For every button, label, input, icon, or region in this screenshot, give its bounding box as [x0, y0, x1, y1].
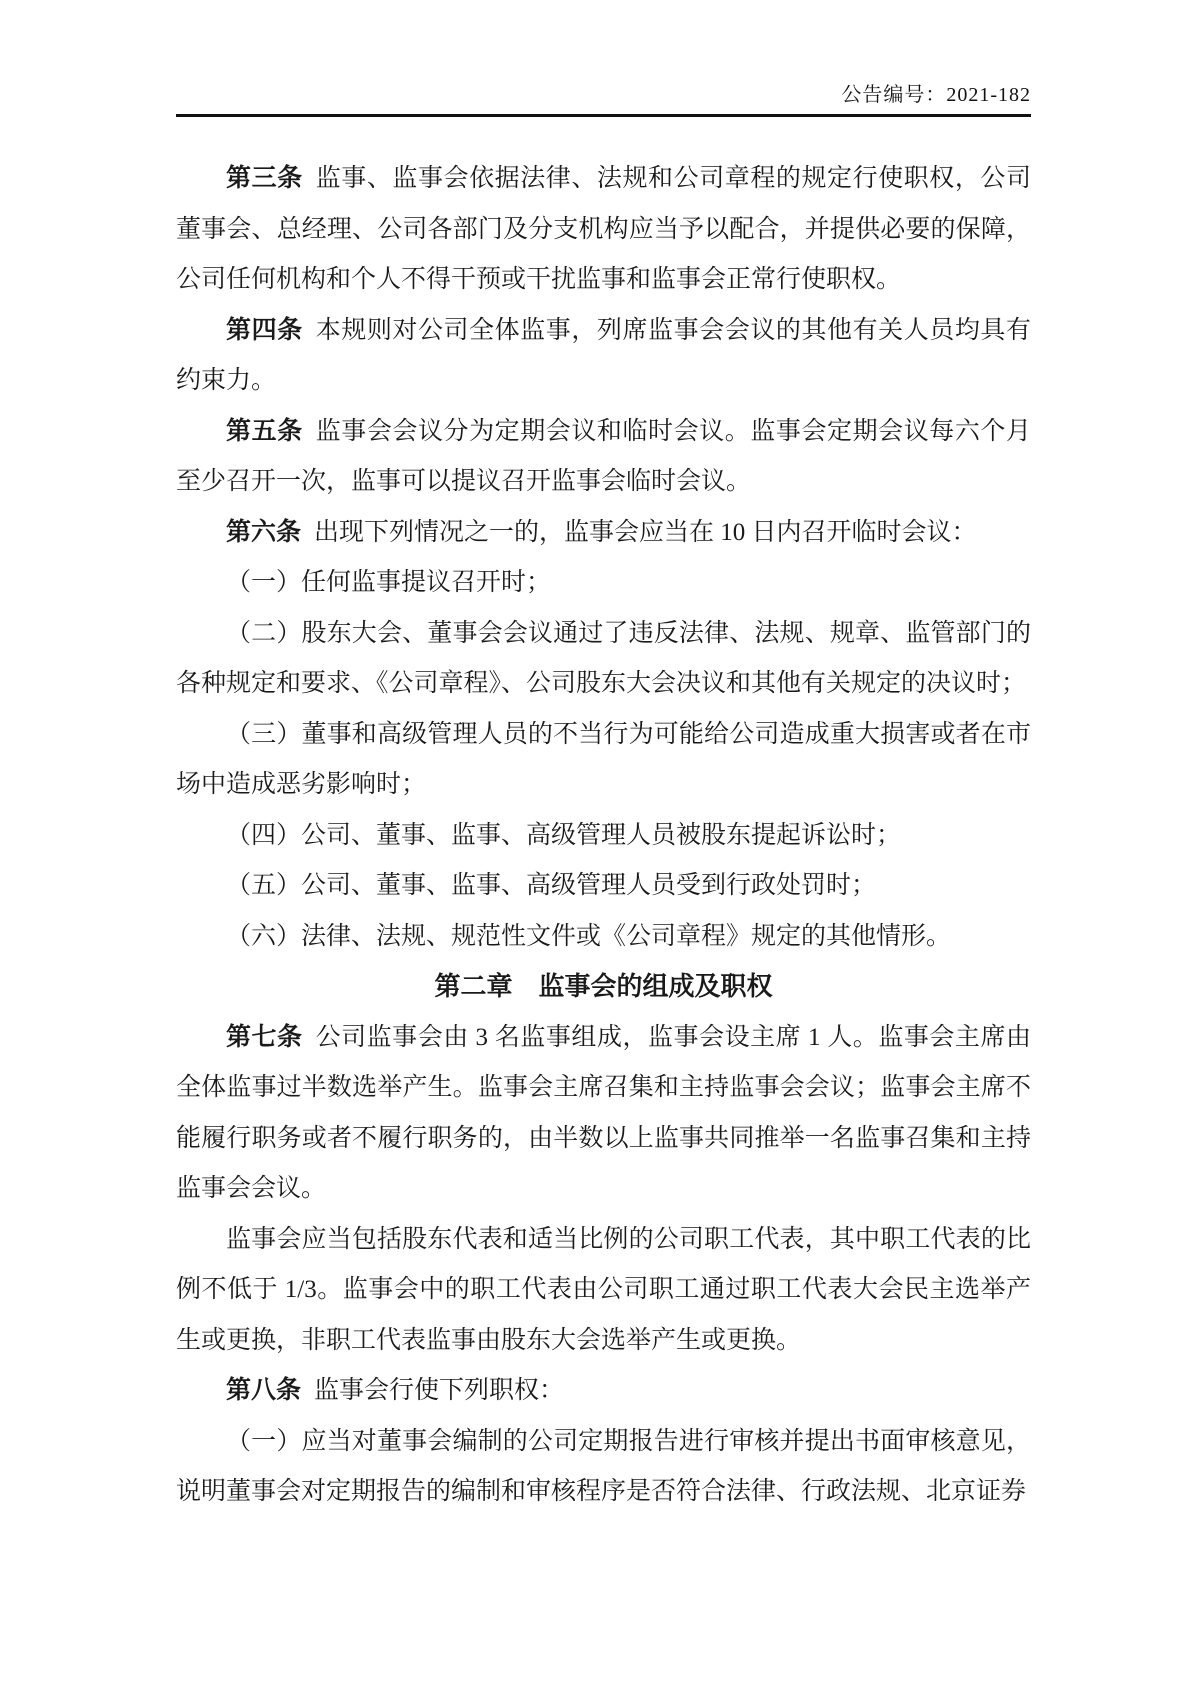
article-7-number: 第七条: [226, 1024, 303, 1051]
list-item-2-text: （二）股东大会、董事会会议通过了违反法律、法规、规章、监管部门的各种规定和要求、…: [176, 620, 1031, 698]
para-article-7-continued: 监事会应当包括股东代表和适当比例的公司职工代表，其中职工代表的比例不低于 1/3…: [176, 1215, 1031, 1367]
para-article-8: 第八条监事会行使下列职权：: [176, 1366, 1031, 1417]
article-8-number: 第八条: [226, 1377, 301, 1404]
document-page: 公告编号：2021-182 第三条监事、监事会依据法律、法规和公司章程的规定行使…: [0, 0, 1199, 1696]
list-item-5-text: （五）公司、董事、监事、高级管理人员受到行政处罚时；: [226, 872, 876, 899]
article-7-continued-text: 监事会应当包括股东代表和适当比例的公司职工代表，其中职工代表的比例不低于 1/3…: [176, 1226, 1031, 1354]
list-item-3-text: （三）董事和高级管理人员的不当行为可能给公司造成重大损害或者在市场中造成恶劣影响…: [176, 721, 1031, 799]
list-item-article-8-1-text: （一）应当对董事会编制的公司定期报告进行审核并提出书面审核意见，说明董事会对定期…: [176, 1428, 1031, 1506]
article-3-text: 监事、监事会依据法律、法规和公司章程的规定行使职权，公司董事会、总经理、公司各部…: [176, 165, 1031, 293]
document-body: 第三条监事、监事会依据法律、法规和公司章程的规定行使职权，公司董事会、总经理、公…: [176, 154, 1031, 1518]
list-item-2: （二）股东大会、董事会会议通过了违反法律、法规、规章、监管部门的各种规定和要求、…: [176, 609, 1031, 710]
list-item-1-text: （一）任何监事提议召开时；: [226, 569, 551, 596]
para-article-4: 第四条本规则对公司全体监事，列席监事会会议的其他有关人员均具有约束力。: [176, 306, 1031, 407]
page-header: 公告编号：2021-182: [176, 0, 1031, 107]
announcement-number: 公告编号：2021-182: [841, 84, 1031, 106]
para-article-6: 第六条出现下列情况之一的，监事会应当在 10 日内召开临时会议：: [176, 508, 1031, 559]
list-item-4: （四）公司、董事、监事、高级管理人员被股东提起诉讼时；: [176, 811, 1031, 862]
para-article-5: 第五条监事会会议分为定期会议和临时会议。监事会定期会议每六个月至少召开一次，监事…: [176, 407, 1031, 508]
document-content: 公告编号：2021-182 第三条监事、监事会依据法律、法规和公司章程的规定行使…: [176, 0, 1031, 1518]
list-item-3: （三）董事和高级管理人员的不当行为可能给公司造成重大损害或者在市场中造成恶劣影响…: [176, 710, 1031, 811]
article-5-number: 第五条: [226, 418, 303, 445]
list-item-article-8-1: （一）应当对董事会编制的公司定期报告进行审核并提出书面审核意见，说明董事会对定期…: [176, 1417, 1031, 1518]
article-4-text: 本规则对公司全体监事，列席监事会会议的其他有关人员均具有约束力。: [176, 317, 1031, 395]
list-item-1: （一）任何监事提议召开时；: [176, 558, 1031, 609]
article-5-text: 监事会会议分为定期会议和临时会议。监事会定期会议每六个月至少召开一次，监事可以提…: [176, 418, 1031, 496]
article-6-number: 第六条: [226, 519, 301, 546]
article-4-number: 第四条: [226, 317, 303, 344]
article-7-text: 公司监事会由 3 名监事组成，监事会设主席 1 人。监事会主席由全体监事过半数选…: [176, 1024, 1031, 1203]
article-3-number: 第三条: [226, 165, 303, 192]
chapter-heading: 第二章 监事会的组成及职权: [176, 962, 1031, 1013]
header-rule: [176, 114, 1031, 117]
list-item-5: （五）公司、董事、监事、高级管理人员受到行政处罚时；: [176, 861, 1031, 912]
article-6-text: 出现下列情况之一的，监事会应当在 10 日内召开临时会议：: [314, 519, 977, 546]
list-item-6: （六）法律、法规、规范性文件或《公司章程》规定的其他情形。: [176, 912, 1031, 963]
para-article-3: 第三条监事、监事会依据法律、法规和公司章程的规定行使职权，公司董事会、总经理、公…: [176, 154, 1031, 306]
list-item-4-text: （四）公司、董事、监事、高级管理人员被股东提起诉讼时；: [226, 822, 901, 849]
para-article-7: 第七条公司监事会由 3 名监事组成，监事会设主席 1 人。监事会主席由全体监事过…: [176, 1013, 1031, 1215]
list-item-6-text: （六）法律、法规、规范性文件或《公司章程》规定的其他情形。: [226, 923, 951, 950]
article-8-text: 监事会行使下列职权：: [314, 1377, 564, 1404]
